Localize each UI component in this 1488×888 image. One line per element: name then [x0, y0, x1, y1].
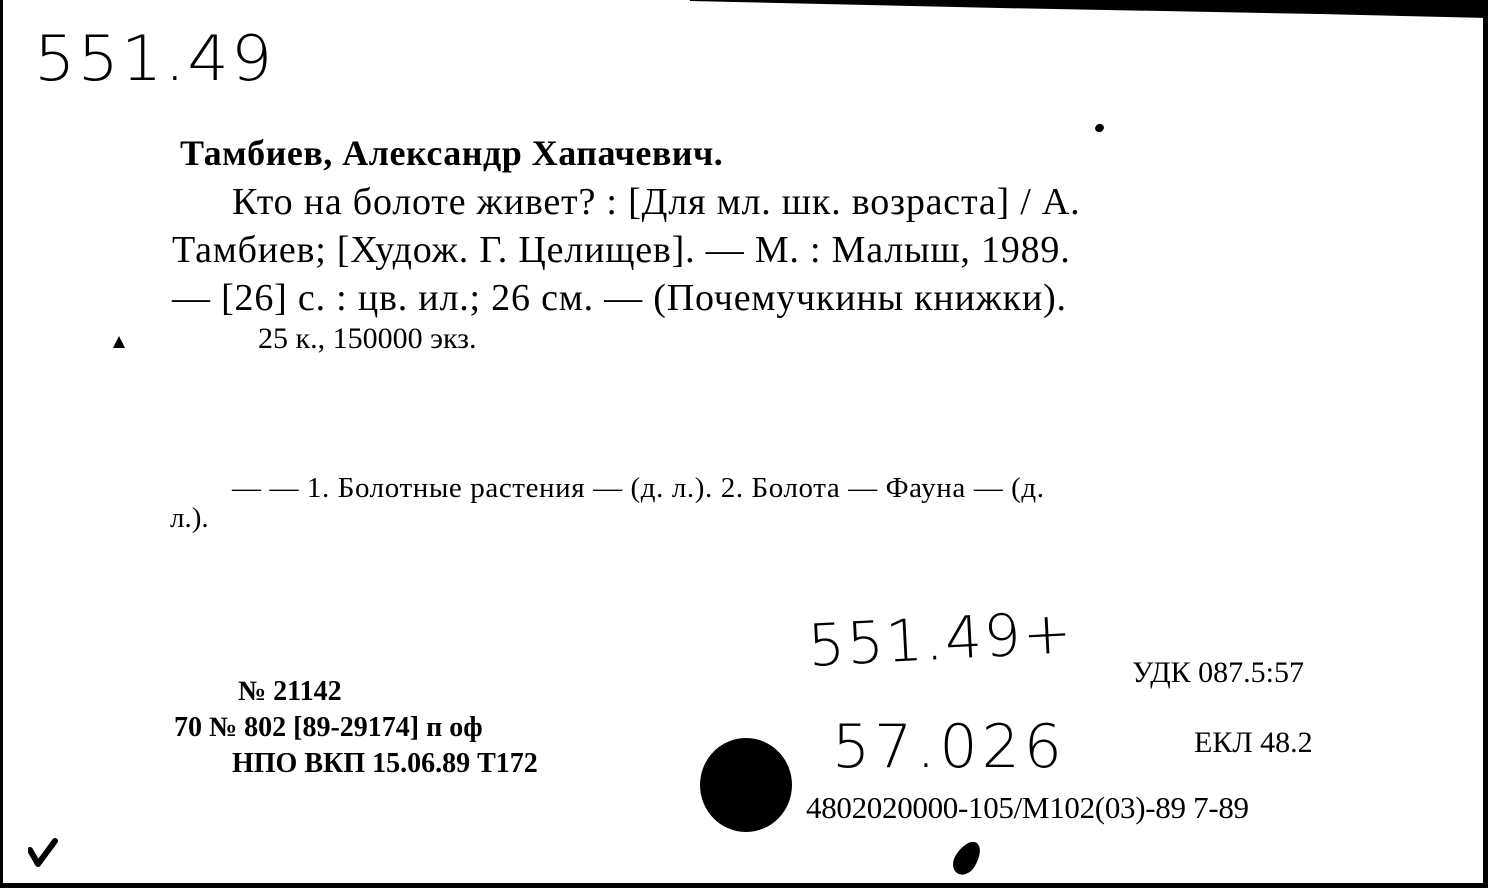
card-top-edge	[0, 0, 1488, 20]
handwritten-second-class-number: 57.026	[832, 712, 1066, 782]
handwritten-class-number: 551.49	[34, 22, 274, 95]
handwritten-added-class-number: 551.49+	[806, 598, 1075, 680]
catalog-card: 551.49 Тамбиев, Александр Хапачевич. Кто…	[0, 0, 1488, 888]
record-number: № 21142	[238, 676, 342, 708]
price-run: 25 к., 150000 экз.	[258, 322, 476, 356]
ekl-code: ЕКЛ 48.2	[1194, 726, 1313, 760]
ink-speck	[1094, 122, 1106, 133]
udk-code: УДК 087.5:57	[1132, 656, 1304, 690]
printer-line: НПО ВКП 15.06.89 Т172	[232, 748, 538, 780]
subject-tracings-line-1: — — 1. Болотные растения — (д. л.). 2. Б…	[232, 472, 1045, 505]
order-line: 70 № 802 [89-29174] п оф	[174, 712, 483, 744]
card-right-edge	[1483, 12, 1488, 888]
card-bottom-edge	[0, 883, 1488, 888]
description-line-2: Тамбиев; [Худож. Г. Целищев]. — М. : Мал…	[172, 228, 1071, 272]
punch-hole	[700, 738, 792, 832]
card-left-edge	[0, 0, 3, 888]
description-line-1: Кто на болоте живет? : [Для мл. шк. возр…	[232, 180, 1080, 224]
classification-code-line: 4802020000-105/М102(03)-89 7-89	[806, 790, 1249, 826]
bullet-mark-icon	[113, 336, 125, 348]
ink-blot	[948, 837, 986, 879]
subject-tracings-line-2: л.).	[170, 502, 209, 535]
checkmark-icon	[28, 838, 58, 868]
author-heading: Тамбиев, Александр Хапачевич.	[180, 132, 723, 174]
description-line-3: — [26] с. : цв. ил.; 26 см. — (Почемучки…	[172, 276, 1067, 320]
